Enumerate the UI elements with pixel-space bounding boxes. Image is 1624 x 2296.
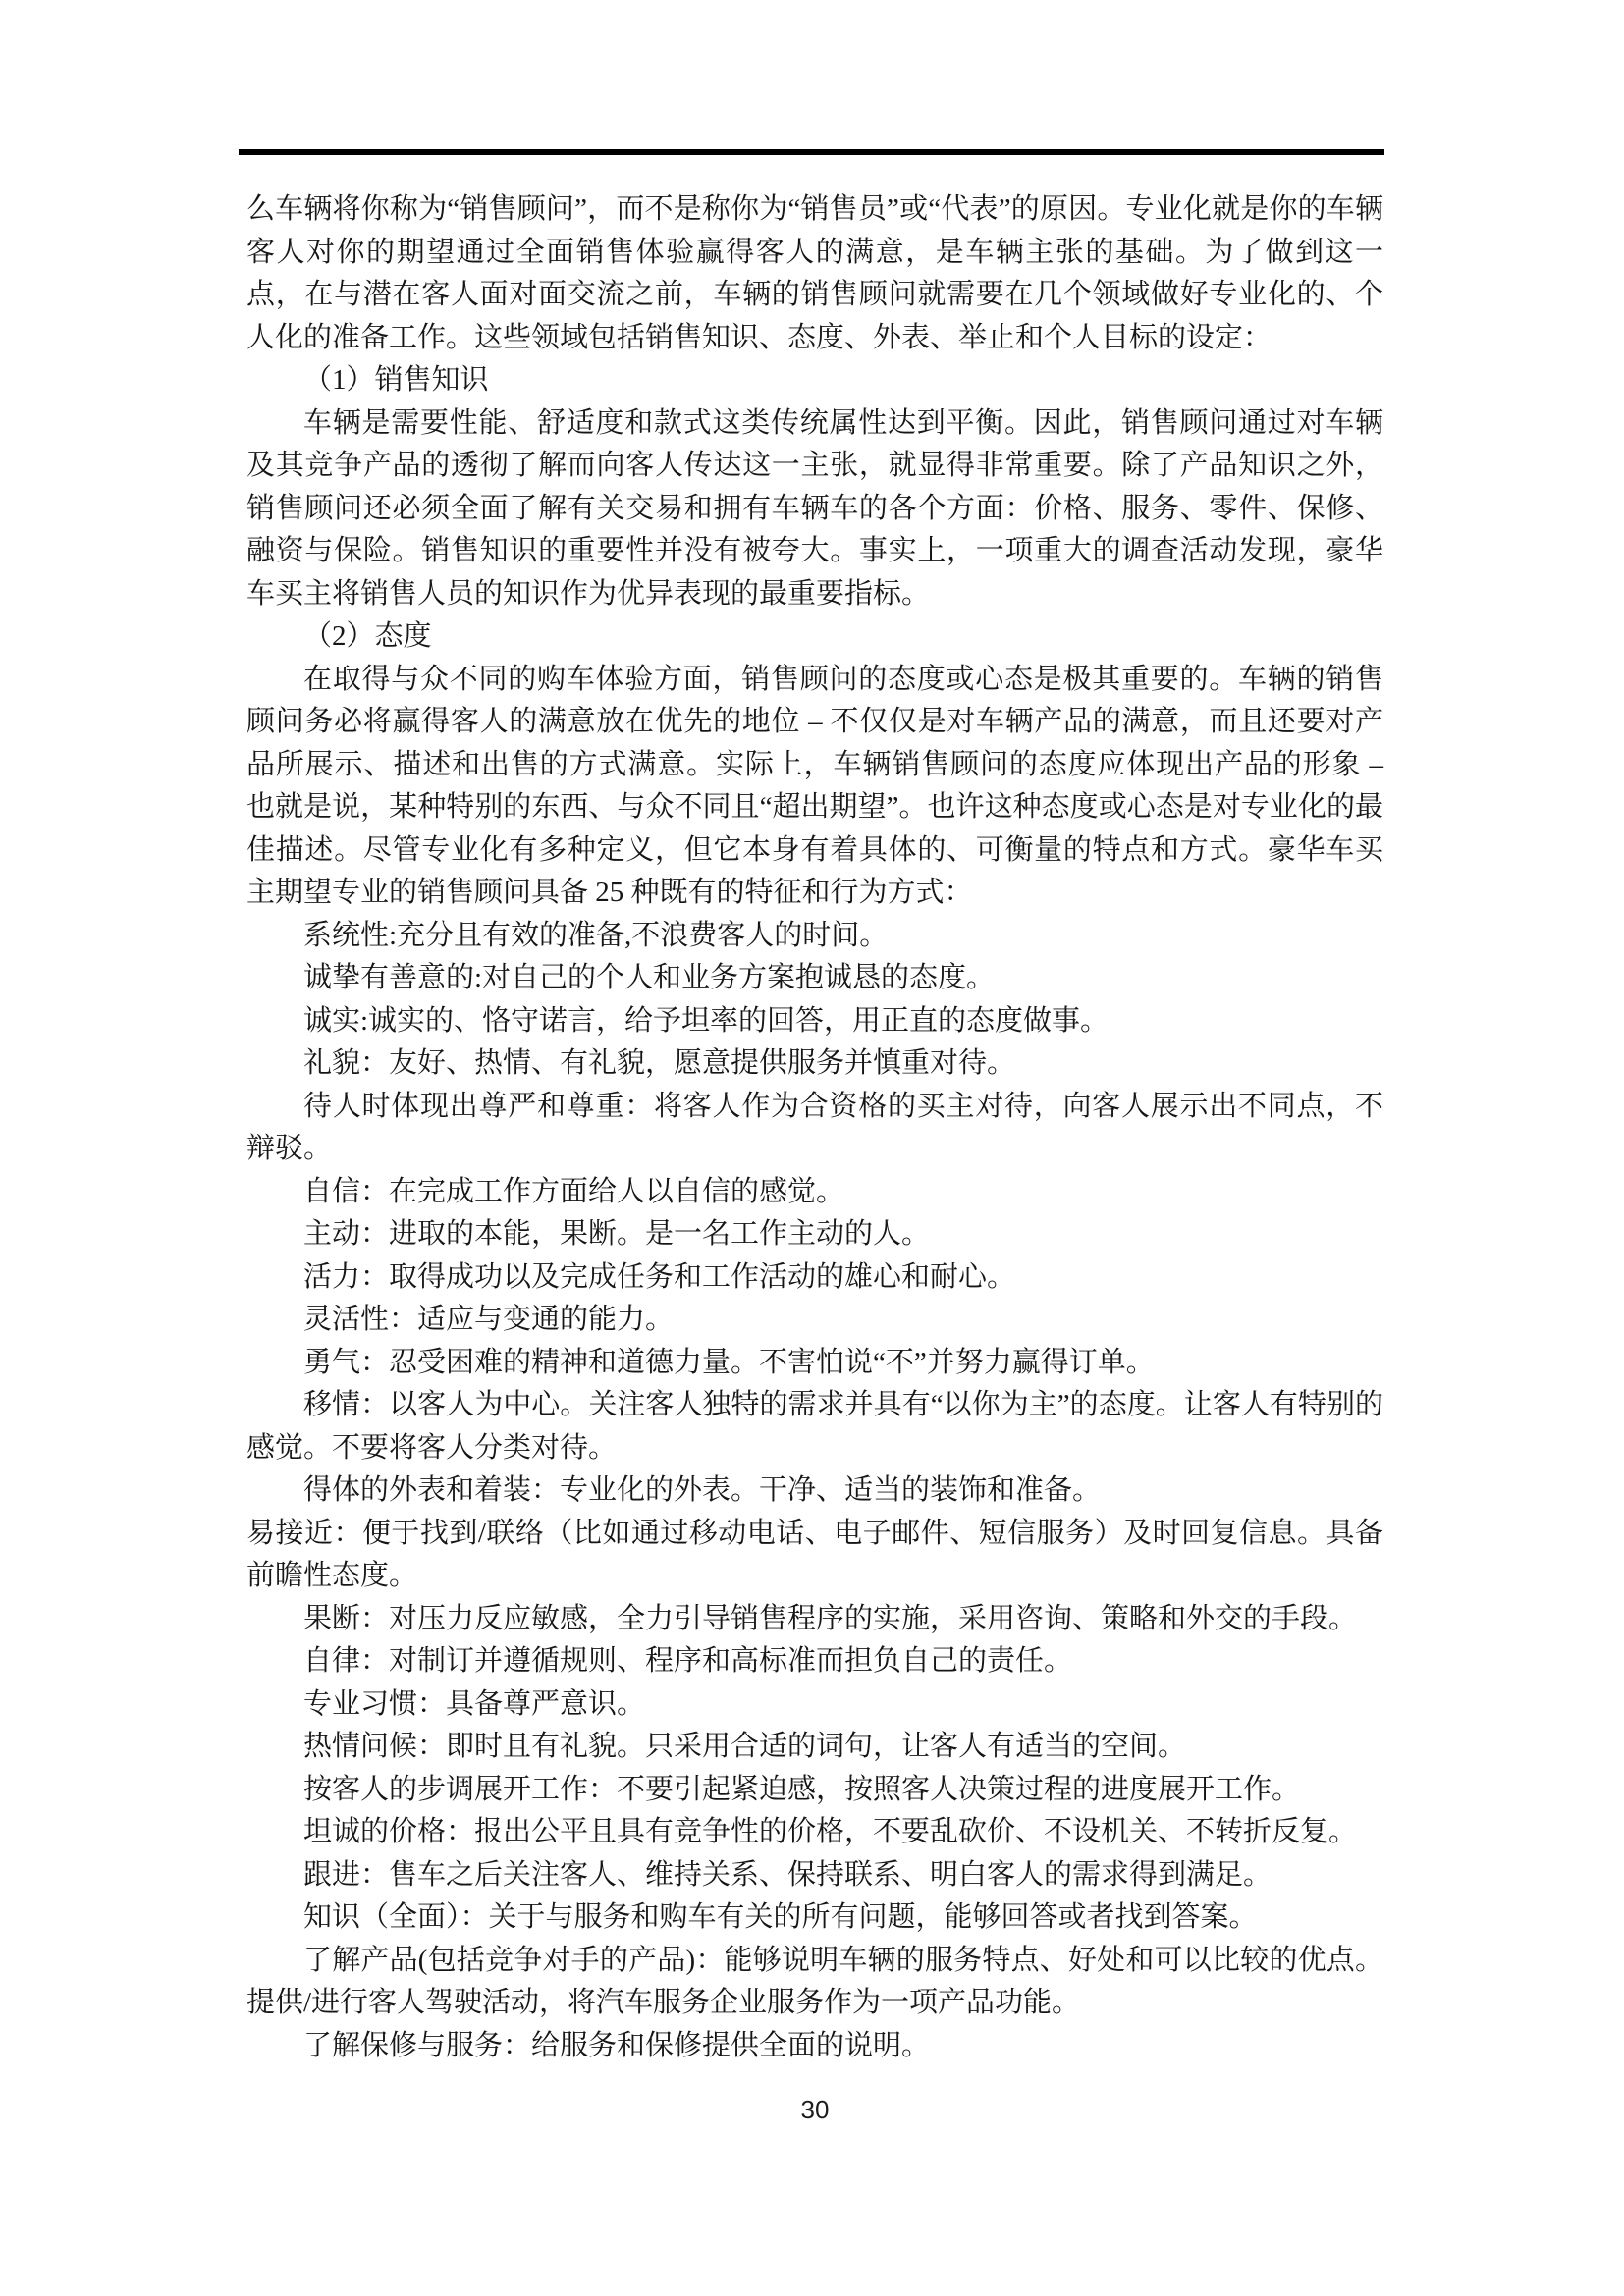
paragraph: 易接近：便于找到/联络（比如通过移动电话、电子邮件、短信服务）及时回复信息。具备… — [246, 1513, 1383, 1598]
paragraph: 在取得与众不同的购车体验方面，销售顾问的态度或心态是极其重要的。车辆的销售顾问务… — [246, 659, 1383, 915]
paragraph: 待人时体现出尊严和尊重：将客人作为合资格的买主对待，向客人展示出不同点，不辩驳。 — [246, 1086, 1383, 1171]
header-rule — [239, 149, 1384, 155]
paragraph: 知识（全面）：关于与服务和购车有关的所有问题，能够回答或者找到答案。 — [246, 1896, 1383, 1940]
paragraph: 得体的外表和着装：专业化的外表。干净、适当的装饰和准备。 — [246, 1469, 1383, 1513]
paragraph: 主动：进取的本能，果断。是一名工作主动的人。 — [246, 1213, 1383, 1256]
paragraph: 专业习惯：具备尊严意识。 — [246, 1683, 1383, 1727]
paragraph: 果断：对压力反应敏感，全力引导销售程序的实施，采用咨询、策略和外交的手段。 — [246, 1598, 1383, 1641]
paragraph: 跟进：售车之后关注客人、维持关系、保持联系、明白客人的需求得到满足。 — [246, 1854, 1383, 1897]
paragraph: 热情问候：即时且有礼貌。只采用合适的词句，让客人有适当的空间。 — [246, 1726, 1383, 1769]
paragraph: 诚实:诚实的、恪守诺言，给予坦率的回答，用正直的态度做事。 — [246, 1000, 1383, 1043]
page-number: 30 — [246, 2095, 1383, 2125]
paragraph: 自信：在完成工作方面给人以自信的感觉。 — [246, 1171, 1383, 1214]
paragraph: 按客人的步调展开工作：不要引起紧迫感，按照客人决策过程的进度展开工作。 — [246, 1769, 1383, 1812]
paragraph: 勇气：忍受困难的精神和道德力量。不害怕说“不”并努力赢得订单。 — [246, 1342, 1383, 1385]
paragraph: 自律：对制订并遵循规则、程序和高标准而担负自己的责任。 — [246, 1640, 1383, 1683]
document-body: 么车辆将你称为“销售顾问”，而不是称你为“销售员”或“代表”的原因。专业化就是你… — [246, 188, 1383, 2067]
paragraph: 坦诚的价格：报出公平且具有竞争性的价格，不要乱砍价、不设机关、不转折反复。 — [246, 1811, 1383, 1854]
paragraph: 了解产品(包括竞争对手的产品)：能够说明车辆的服务特点、好处和可以比较的优点。提… — [246, 1940, 1383, 2025]
paragraph: （2）态度 — [246, 615, 1383, 659]
paragraph: 诚挚有善意的:对自己的个人和业务方案抱诚恳的态度。 — [246, 957, 1383, 1000]
paragraph: 了解保修与服务：给服务和保修提供全面的说明。 — [246, 2025, 1383, 2068]
paragraph: 礼貌：友好、热情、有礼貌，愿意提供服务并慎重对待。 — [246, 1042, 1383, 1086]
paragraph: 么车辆将你称为“销售顾问”，而不是称你为“销售员”或“代表”的原因。专业化就是你… — [246, 188, 1383, 359]
document-page: 么车辆将你称为“销售顾问”，而不是称你为“销售员”或“代表”的原因。专业化就是你… — [0, 0, 1624, 2296]
paragraph: 活力：取得成功以及完成任务和工作活动的雄心和耐心。 — [246, 1256, 1383, 1300]
paragraph: 车辆是需要性能、舒适度和款式这类传统属性达到平衡。因此，销售顾问通过对车辆及其竞… — [246, 402, 1383, 616]
paragraph: （1）销售知识 — [246, 359, 1383, 402]
paragraph: 移情：以客人为中心。关注客人独特的需求并具有“以你为主”的态度。让客人有特别的感… — [246, 1384, 1383, 1469]
paragraph: 灵活性：适应与变通的能力。 — [246, 1299, 1383, 1342]
paragraph: 系统性:充分且有效的准备,不浪费客人的时间。 — [246, 915, 1383, 958]
